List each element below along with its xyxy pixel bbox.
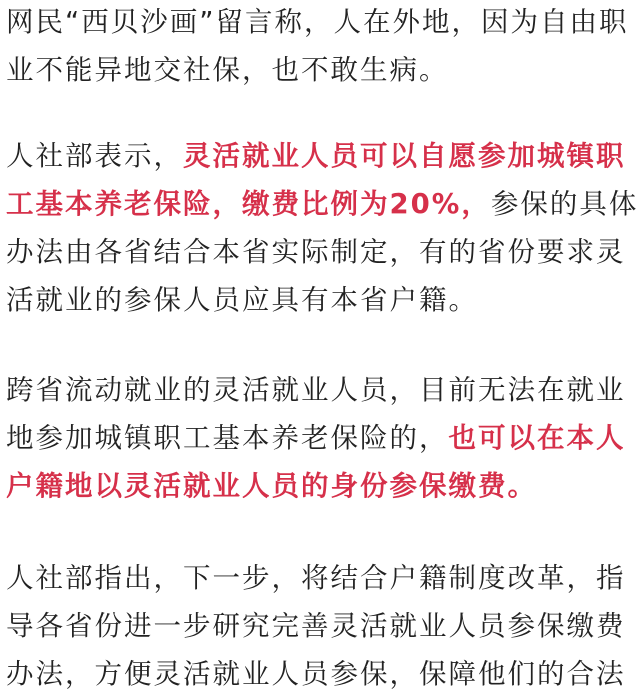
text-span: 活就业的参保人员应具有本省户籍。: [6, 284, 478, 316]
paragraph-mohrss-statement: 人社部表示，灵活就业人员可以自愿参加城镇职 工基本养老保险，缴费比例为20%，参…: [6, 132, 638, 324]
text-line: 活就业的参保人员应具有本省户籍。: [6, 276, 638, 324]
paragraph-cross-province: 跨省流动就业的灵活就业人员，目前无法在就业 地参加城镇职工基本养老保险的，也可以…: [6, 366, 626, 510]
text-line: 地参加城镇职工基本养老保险的，也可以在本人: [6, 414, 626, 462]
highlighted-text: 也可以在本人: [449, 422, 626, 454]
text-line: 人社部指出，下一步，将结合户籍制度改革，指: [6, 554, 626, 602]
text-span: 地参加城镇职工基本养老保险的，: [6, 422, 449, 454]
text-span: 人社部表示，: [6, 140, 183, 172]
text-span: 导各省份进一步研究完善灵活就业人员参保缴费: [6, 610, 626, 642]
text-line: 导各省份进一步研究完善灵活就业人员参保缴费: [6, 602, 626, 650]
text-line: 网民“西贝沙画”留言称，人在外地，因为自由职: [6, 0, 629, 46]
text-span: 人社部指出，下一步，将结合户籍制度改革，指: [6, 562, 626, 594]
text-line: 跨省流动就业的灵活就业人员，目前无法在就业: [6, 366, 626, 414]
text-line: 业不能异地交社保，也不敢生病。: [6, 46, 629, 94]
text-span: 办法由各省结合本省实际制定，有的省份要求灵: [6, 236, 626, 268]
text-span: 参保的具体: [491, 188, 639, 220]
text-line: 办法由各省结合本省实际制定，有的省份要求灵: [6, 228, 638, 276]
text-line: 户籍地以灵活就业人员的身份参保缴费。: [6, 462, 626, 510]
text-span: 网民“西贝沙画”留言称，人在外地，因为自由职: [6, 6, 629, 38]
text-span: 业不能异地交社保，也不敢生病。: [6, 54, 449, 86]
text-line: 人社部表示，灵活就业人员可以自愿参加城镇职: [6, 132, 638, 180]
text-span: 办法，方便灵活就业人员参保，保障他们的合法: [6, 658, 626, 690]
highlighted-text: 工基本养老保险，缴费比例为20%，: [6, 188, 491, 220]
text-line: 工基本养老保险，缴费比例为20%，参保的具体: [6, 180, 638, 228]
text-span: 跨省流动就业的灵活就业人员，目前无法在就业: [6, 374, 626, 406]
paragraph-next-steps: 人社部指出，下一步，将结合户籍制度改革，指 导各省份进一步研究完善灵活就业人员参…: [6, 554, 626, 692]
highlighted-text: 灵活就业人员可以自愿参加城镇职: [183, 140, 626, 172]
highlighted-text: 户籍地以灵活就业人员的身份参保缴费。: [6, 470, 537, 502]
paragraph-netizen-comment: 网民“西贝沙画”留言称，人在外地，因为自由职 业不能异地交社保，也不敢生病。: [6, 0, 629, 94]
text-line: 办法，方便灵活就业人员参保，保障他们的合法: [6, 650, 626, 692]
